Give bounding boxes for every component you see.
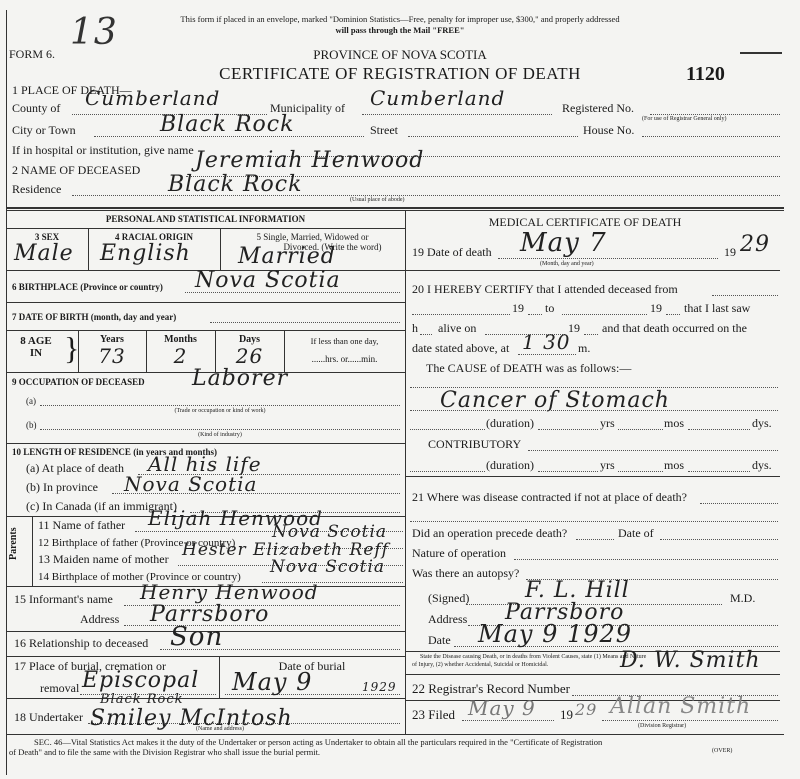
burial-date-value: May 9 [232, 668, 312, 696]
autopsy-label: Was there an autopsy? [412, 566, 519, 581]
handwritten-mark: 13 [70, 12, 118, 53]
burial-place-value-2: Black Rock [100, 692, 184, 707]
occupation-a-note: (Trade or occupation or kind of work) [40, 408, 400, 414]
occupation-label: 9 OCCUPATION OF DECEASED [12, 377, 145, 387]
date-of-death-label: 19 Date of death [412, 245, 492, 260]
medical-address-label: Address [428, 612, 467, 627]
filed-value: May 9 [468, 696, 536, 720]
burial-place-value: Episcopal [82, 668, 199, 693]
less-than-day-label: If less than one day, [284, 336, 405, 346]
signed-label: (Signed) [428, 591, 469, 606]
birthplace-label: 6 BIRTHPLACE (Province or country) [12, 282, 163, 292]
marital-value: Married [238, 244, 336, 269]
father-name-label: 11 Name of father [38, 518, 125, 533]
certify-last-saw: that I last saw [684, 301, 750, 316]
cert-date-value: May 9 1929 [478, 620, 632, 648]
contracted-label: 21 Where was disease contracted if not a… [412, 490, 687, 505]
form-number: FORM 6. [9, 47, 55, 62]
personal-section-title: PERSONAL AND STATISTICAL INFORMATION [6, 214, 405, 224]
occupation-b-label: (b) [26, 420, 37, 430]
cause-label: The CAUSE of DEATH was as follows:— [426, 361, 631, 376]
residence-value: Black Rock [168, 172, 302, 197]
filed-label: 23 Filed [412, 707, 455, 723]
undertaker-value: Smiley McIntosh [90, 706, 293, 731]
duration-label-2: (duration) [486, 458, 534, 473]
res-b-value: Nova Scotia [124, 472, 257, 496]
filed-year-prefix: 19 [560, 707, 573, 723]
certificate-number: 1120 [686, 63, 725, 86]
city-value: Black Rock [160, 112, 294, 137]
certify-m: m. [578, 341, 590, 356]
informant-value: Henry Henwood [140, 580, 319, 604]
mail-notice: This form if placed in an envelope, mark… [100, 14, 700, 24]
racial-origin-value: English [100, 241, 191, 266]
md-label: M.D. [730, 591, 755, 606]
operation-date-label: Date of [618, 526, 654, 541]
occupation-value: Laborer [192, 366, 288, 391]
date-of-death-note: (Month, day and year) [540, 261, 594, 267]
mail-notice-2: will pass through the Mail "FREE" [100, 25, 700, 35]
informant-label: 15 Informant's name [14, 592, 113, 607]
mos-label: mos [664, 416, 684, 431]
yrs-label: yrs [600, 416, 615, 431]
registered-no-label: Registered No. [562, 101, 634, 116]
undertaker-label: 18 Undertaker [14, 710, 83, 725]
relationship-label: 16 Relationship to deceased [14, 636, 148, 651]
days-value: 26 [215, 344, 284, 368]
registrar-value: Allan Smith [610, 694, 751, 719]
father-birthplace-value: Nova Scotia [272, 522, 387, 542]
birthplace-value: Nova Scotia [195, 268, 341, 293]
registrar-record-label: 22 Registrar's Record Number [412, 681, 570, 697]
street-label: Street [370, 123, 398, 138]
years-value: 73 [78, 344, 146, 368]
certify-to: to [545, 301, 554, 316]
duration-label: (duration) [486, 416, 534, 431]
certify-line-1: 20 I HEREBY CERTIFY that I attended dece… [412, 282, 678, 297]
over-note: (OVER) [712, 748, 732, 754]
burial-place-label-2: removal [40, 681, 79, 696]
months-value: 2 [146, 344, 215, 368]
certify-19-a: 19 [512, 301, 524, 316]
certify-h: h [412, 321, 418, 336]
certify-date-stated: date stated above, at [412, 341, 509, 356]
center-divider [405, 210, 406, 735]
certify-alive-on: alive on [438, 321, 476, 336]
death-certificate: This form if placed in an envelope, mark… [0, 0, 800, 779]
informant-address-label: Address [80, 612, 119, 627]
province-title: PROVINCE OF NOVA SCOTIA [200, 47, 600, 63]
county-value: Cumberland [85, 86, 220, 110]
date-of-death-year-prefix: 19 [724, 245, 736, 260]
violent-note-2: of Injury, (2) whether Accidental, Suici… [412, 662, 548, 668]
certify-time-value: 1 30 [522, 330, 571, 354]
yrs-label-2: yrs [600, 458, 615, 473]
violent-signature: D. W. Smith [620, 648, 761, 673]
age-label: 8 AGEIN [6, 335, 66, 359]
deceased-name-label: 2 NAME OF DECEASED [12, 163, 140, 178]
city-label: City or Town [12, 123, 76, 138]
operation-nature-label: Nature of operation [412, 546, 506, 561]
left-border [6, 10, 7, 775]
relationship-value: Son [170, 622, 223, 652]
county-label: County of [12, 101, 60, 116]
occupation-a-label: (a) [26, 396, 36, 406]
dob-label: 7 DATE OF BIRTH (month, day and year) [12, 312, 176, 322]
burial-year-value: 1929 [362, 680, 397, 694]
res-a-label: (a) At place of death [26, 461, 124, 476]
occupation-b-note: (Kind of industry) [40, 432, 400, 438]
hospital-label: If in hospital or institution, give name [12, 143, 194, 158]
dys-label-2: dys. [752, 458, 772, 473]
sex-value: Male [14, 241, 74, 266]
hrs-min-label: ......hrs. or......min. [284, 354, 405, 364]
sec46-line-1: SEC. 46—Vital Statistics Act makes it th… [34, 737, 602, 747]
registered-no-note: (For use of Registrar General only) [642, 116, 726, 122]
operation-label: Did an operation precede death? [412, 526, 567, 541]
deceased-name-value: Jeremiah Henwood [195, 148, 424, 173]
filed-year-value: 29 [575, 700, 597, 719]
res-b-label: (b) In province [26, 480, 98, 495]
mother-birthplace-value: Nova Scotia [270, 557, 385, 577]
residence-note: (Usual place of abode) [350, 197, 404, 203]
municipality-value: Cumberland [370, 86, 505, 110]
house-no-label: House No. [583, 123, 634, 138]
certify-death-occurred: and that death occurred on the [602, 321, 747, 336]
residence-label: Residence [12, 182, 61, 197]
mos-label-2: mos [664, 458, 684, 473]
contributory-label: CONTRIBUTORY [428, 437, 521, 452]
mark-dash [740, 52, 782, 54]
dys-label: dys. [752, 416, 772, 431]
undertaker-note: (Name and address) [196, 726, 244, 732]
date-of-death-year: 29 [740, 232, 770, 257]
marital-label-1: 5 Single, Married, Widowed or [220, 232, 405, 242]
mother-maiden-label: 13 Maiden name of mother [38, 552, 169, 567]
sec46-line-2: of Death" and to file the same with the … [9, 747, 320, 757]
registrar-note: (Division Registrar) [638, 723, 686, 729]
cert-date-label: Date [428, 633, 451, 648]
parents-label: Parents [8, 527, 19, 560]
certify-19-b: 19 [650, 301, 662, 316]
violent-note-1: State the Disease causing Death, or in d… [420, 654, 646, 660]
certificate-title: CERTIFICATE OF REGISTRATION OF DEATH [150, 64, 650, 84]
date-of-death-value: May 7 [520, 228, 607, 258]
